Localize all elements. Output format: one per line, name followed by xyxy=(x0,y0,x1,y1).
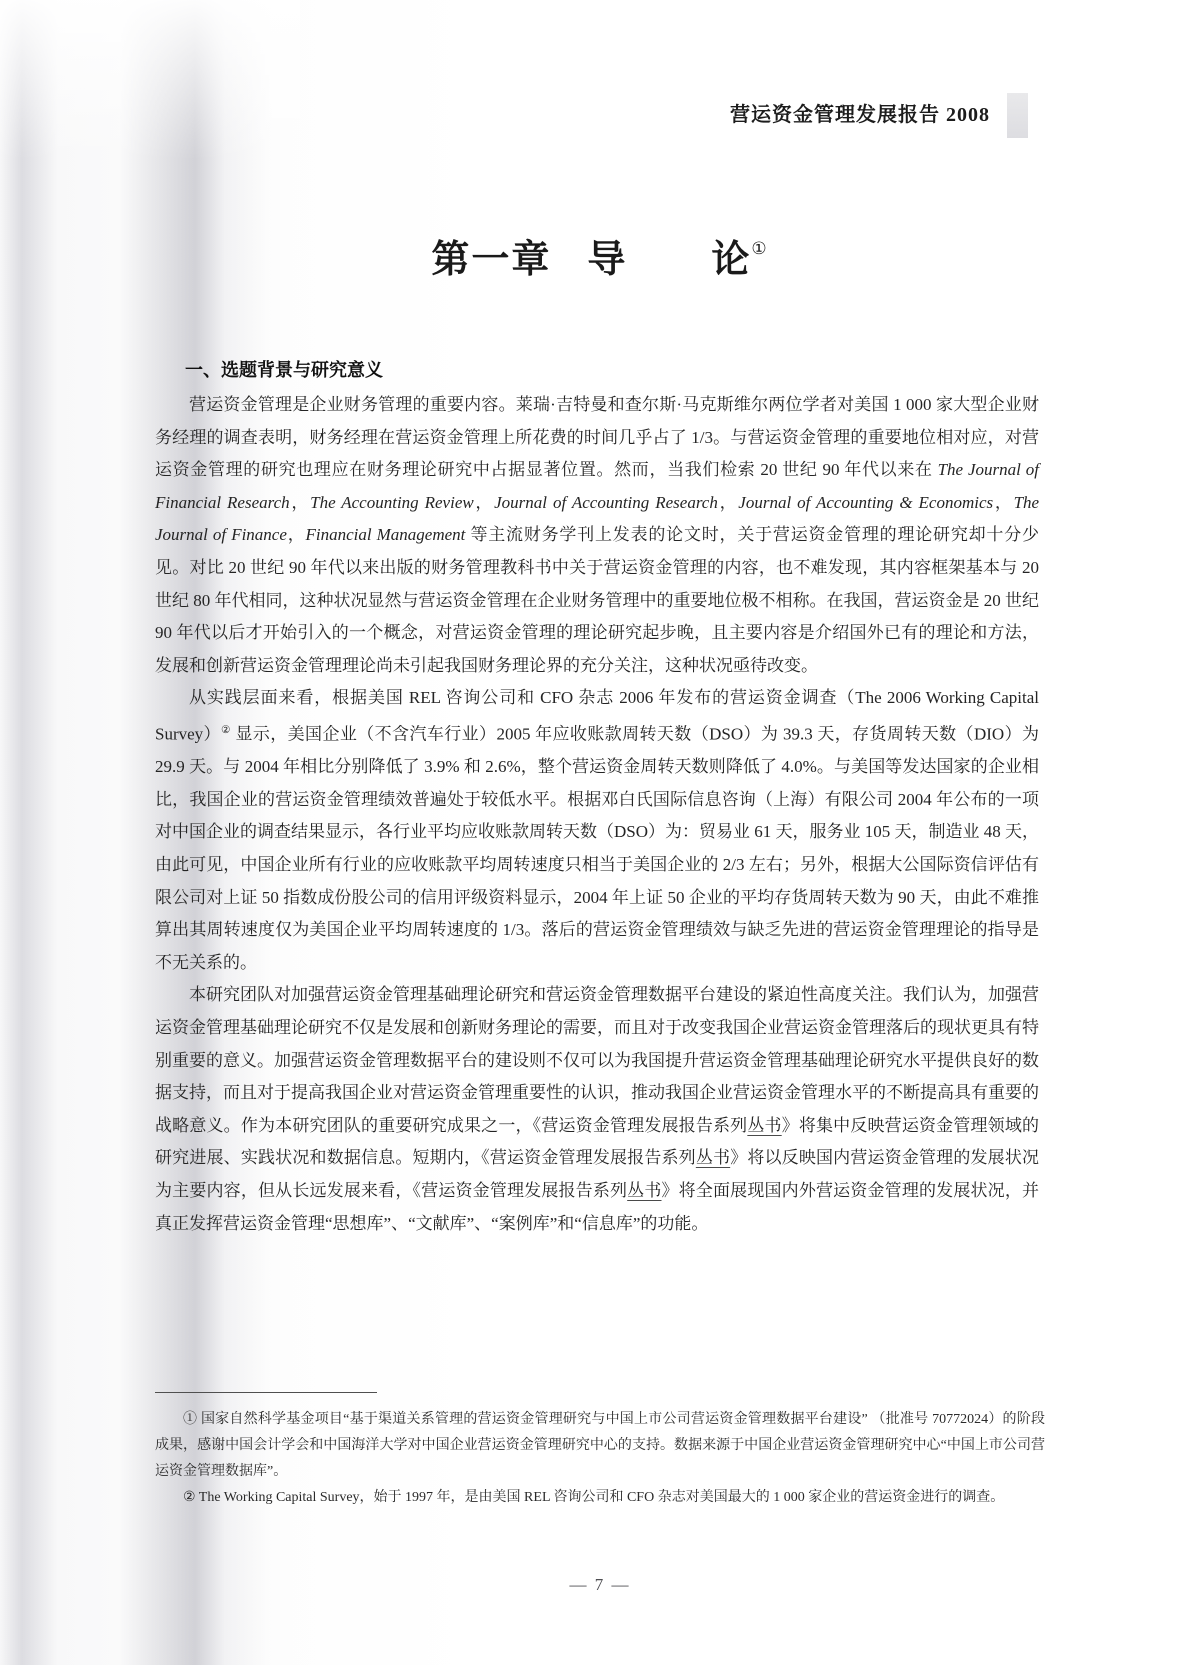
chapter-word-2: 论 xyxy=(711,239,751,281)
footnote: ② The Working Capital Survey，始于 1997 年，是… xyxy=(155,1485,1045,1511)
page-number: — 7 — xyxy=(0,1575,1200,1595)
header-decoration-bar xyxy=(1007,93,1028,138)
body-paragraph: 从实践层面来看，根据美国 REL 咨询公司和 CFO 杂志 2006 年发布的营… xyxy=(155,682,1039,979)
running-header: 营运资金管理发展报告 2008 xyxy=(730,98,990,127)
chapter-word-1: 导 xyxy=(587,239,627,281)
body-content: 一、选题背景与研究意义 营运资金管理是企业财务管理的重要内容。莱瑞·吉特曼和查尔… xyxy=(155,356,1039,1240)
footnote-section: ① 国家自然科学基金项目“基于渠道关系管理的营运资金管理研究与中国上市公司营运资… xyxy=(155,1392,1045,1511)
body-paragraph: 营运资金管理是企业财务管理的重要内容。莱瑞·吉特曼和查尔斯·马克斯维尔两位学者对… xyxy=(155,389,1039,682)
book-binding-shadow-fade xyxy=(0,0,300,160)
scanned-book-page: 营运资金管理发展报告 2008 第一章导论① 一、选题背景与研究意义 营运资金管… xyxy=(0,0,1200,1665)
chapter-number: 第一章 xyxy=(431,239,551,281)
section-heading: 一、选题背景与研究意义 xyxy=(185,356,1039,382)
footnote: ① 国家自然科学基金项目“基于渠道关系管理的营运资金管理研究与中国上市公司营运资… xyxy=(155,1407,1045,1485)
body-paragraph: 本研究团队对加强营运资金管理基础理论研究和营运资金管理数据平台建设的紧迫性高度关… xyxy=(155,979,1039,1240)
footnote-divider xyxy=(155,1392,377,1393)
chapter-footnote-ref: ① xyxy=(751,239,768,258)
chapter-title: 第一章导论① xyxy=(0,228,1200,283)
